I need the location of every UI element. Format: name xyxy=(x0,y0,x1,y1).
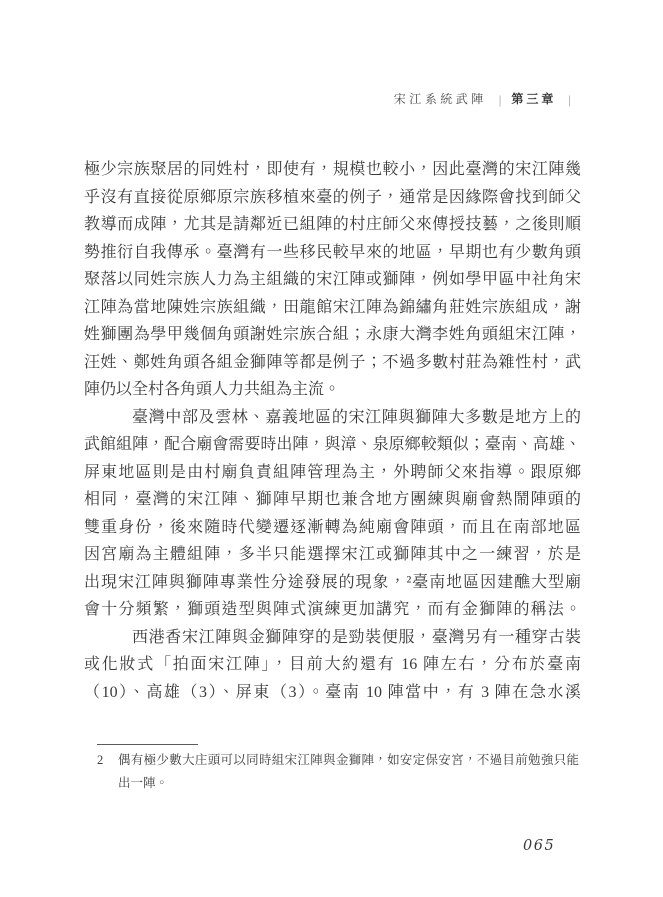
text-line: 武館組陣，配合廟會需要時出陣，與漳、泉原鄉較類似；臺南、高雄、 xyxy=(84,431,581,459)
footnote-text: 偶有極少數大庄頭可以同時組宋江陣與金獅陣，如安定保安宮，不過目前勉強只能出一陣。 xyxy=(118,749,579,795)
text-line: 陣仍以全村各角頭人力共組為主流。 xyxy=(84,376,581,404)
text-line: 聚落以同姓宗族人力為主組織的宋江陣或獅陣，例如學甲區中社角宋 xyxy=(84,266,581,294)
text-line: 或化妝式「拍面宋江陣」，目前大約還有 16 陣左右，分布於臺南 xyxy=(84,651,581,679)
text-line: 因宮廟為主體組陣，多半只能選擇宋江或獅陣其中之一練習，於是 xyxy=(84,541,581,569)
footnote-divider xyxy=(97,744,198,745)
text-line: 臺灣中部及雲林、嘉義地區的宋江陣與獅陣大多數是地方上的 xyxy=(84,404,581,432)
text-line: 出現宋江陣與獅陣專業性分途發展的現象，²臺南地區因建醮大型廟 xyxy=(84,569,581,597)
running-head-chapter: 第三章 xyxy=(511,92,556,107)
book-page: 宋江系統武陣 | 第三章 | 極少宗族聚居的同姓村，即使有，規模也較小，因此臺灣… xyxy=(0,0,663,897)
footnote-number: 2 xyxy=(97,749,118,795)
text-line: 會十分頻繁，獅頭造型與陣式演練更加講究，而有金獅陣的稱法。 xyxy=(84,596,581,624)
text-line: 教導而成陣，尤其是請鄰近已組陣的村庄師父來傳授技藝，之後則順 xyxy=(84,211,581,239)
text-line: （10）、高雄（3）、屏東（3）。臺南 10 陣當中，有 3 陣在急水溪 xyxy=(84,679,581,707)
text-line: 屏東地區則是由村廟負責組陣管理為主，外聘師父來指導。跟原鄉 xyxy=(84,459,581,487)
header-divider-bar: | xyxy=(499,92,502,107)
text-line: 汪姓、鄭姓角頭各組金獅陣等都是例子；不過多數村莊為雜性村，武 xyxy=(84,349,581,377)
running-head-book-title: 宋江系統武陣 xyxy=(394,92,487,107)
running-head: 宋江系統武陣 | 第三章 | xyxy=(394,92,581,107)
footnote: 2 偶有極少數大庄頭可以同時組宋江陣與金獅陣，如安定保安宮，不過目前勉強只能出一… xyxy=(97,749,579,795)
text-line: 勢推衍自我傳承。臺灣有一些移民較早來的地區，早期也有少數角頭 xyxy=(84,239,581,267)
text-line: 乎沒有直接從原鄉原宗族移植來臺的例子，通常是因緣際會找到師父 xyxy=(84,184,581,212)
text-line: 西港香宋江陣與金獅陣穿的是勁裝便服，臺灣另有一種穿古裝 xyxy=(84,624,581,652)
text-line: 江陣為當地陳姓宗族組織，田龍館宋江陣為錦繡角莊姓宗族組成，謝 xyxy=(84,294,581,322)
body-text: 極少宗族聚居的同姓村，即使有，規模也較小，因此臺灣的宋江陣幾乎沒有直接從原鄉原宗… xyxy=(84,156,581,706)
text-line: 姓獅團為學甲幾個角頭謝姓宗族合組；永康大灣李姓角頭組宋江陣， xyxy=(84,321,581,349)
header-divider-bar: | xyxy=(568,92,571,107)
text-line: 極少宗族聚居的同姓村，即使有，規模也較小，因此臺灣的宋江陣幾 xyxy=(84,156,581,184)
text-line: 相同，臺灣的宋江陣、獅陣早期也兼含地方團練與廟會熱鬧陣頭的 xyxy=(84,486,581,514)
page-number: 065 xyxy=(523,838,555,854)
text-line: 雙重身份，後來隨時代變遷逐漸轉為純廟會陣頭，而且在南部地區 xyxy=(84,514,581,542)
